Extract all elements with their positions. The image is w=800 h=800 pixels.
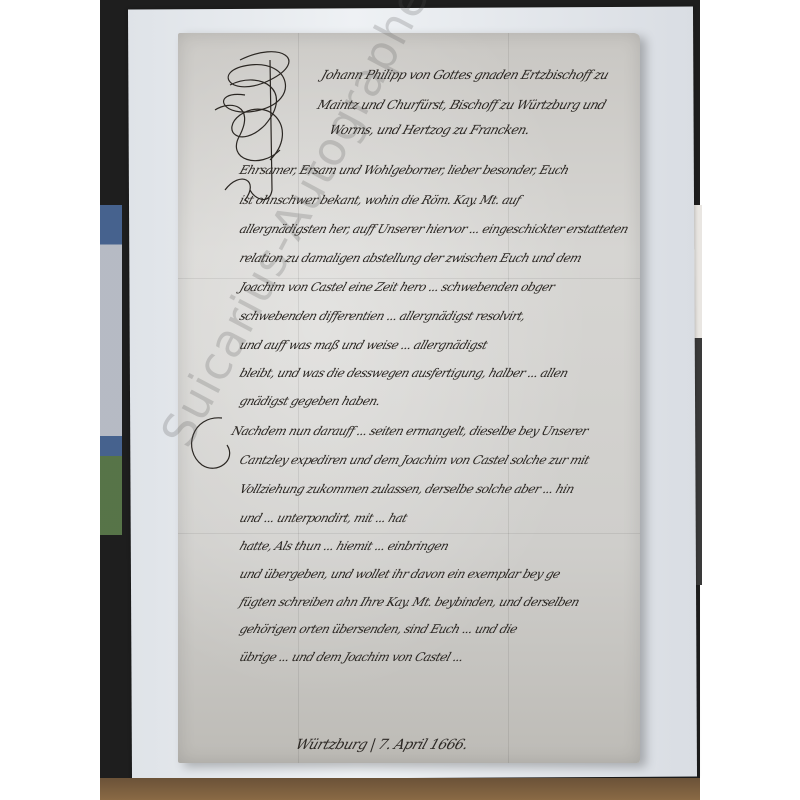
body-line: schwebenden differentien ... allergnädig… (238, 309, 527, 323)
fold-line (178, 533, 640, 534)
closing-date-line: Würtzburg | 7. April 1666. (293, 737, 469, 753)
background-printed-table (100, 205, 122, 535)
fold-line (508, 33, 509, 763)
body-line: und übergeben, und wollet ihr davon ein … (238, 567, 562, 581)
body-line: übrige ... und dem Joachim von Castel ..… (238, 650, 465, 664)
body-line: Vollziehung zukommen zulassen, derselbe … (238, 482, 576, 496)
body-line: bleibt, und was die desswegen ausfertigu… (238, 366, 570, 380)
body-line: und ... unterpondirt, mit ... hat (238, 511, 409, 525)
body-line: Cantzley expediren und dem Joachim von C… (238, 453, 591, 467)
body-line: fügten schreiben ahn Ihre Kay. Mt. beybi… (238, 595, 581, 609)
body-line: Nachdem nun darauff ... seiten ermangelt… (230, 424, 590, 438)
body-line: gnädigst gegeben haben. (238, 394, 382, 408)
body-line: gehörigen orten übersenden, sind Euch ..… (238, 622, 519, 636)
body-line: hatte, Als thun ... hiemit ... einbringe… (238, 539, 451, 553)
table-surface (100, 778, 700, 800)
body-line: und auff was maß und weise ... allergnäd… (238, 338, 489, 352)
